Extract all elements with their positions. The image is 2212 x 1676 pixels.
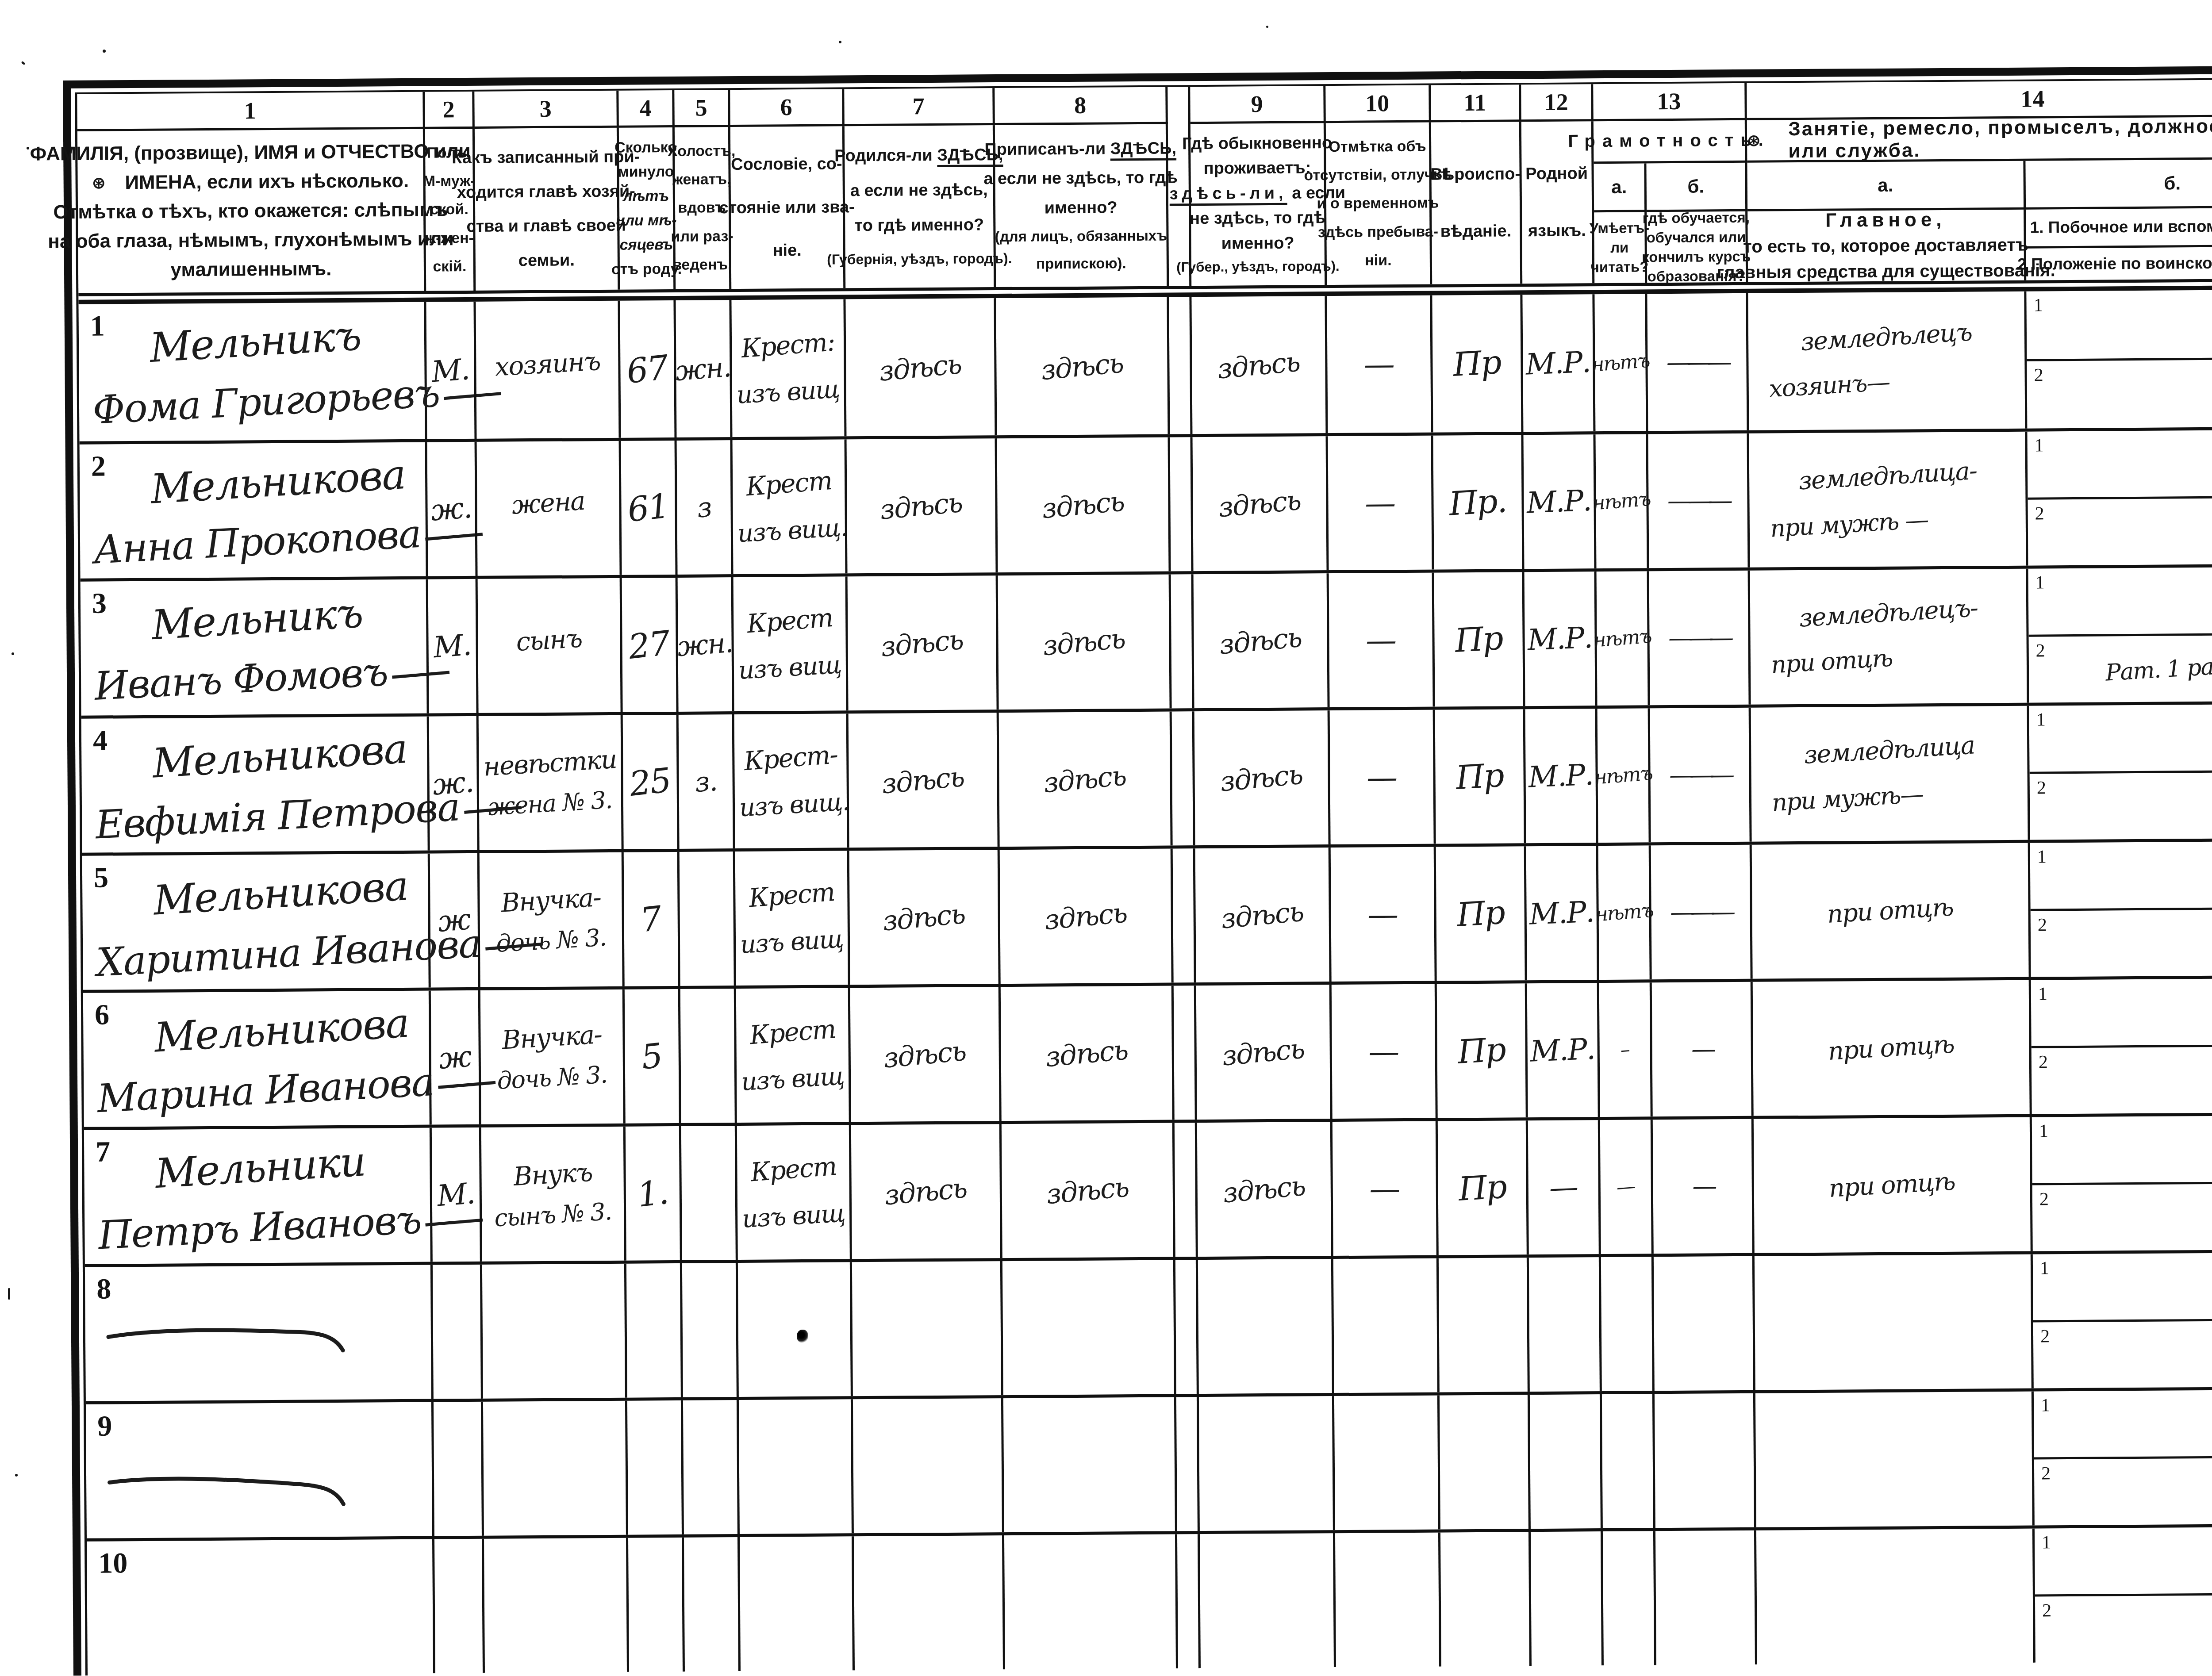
cell-registration: здѣсь (998, 575, 1172, 710)
side-occupation-subcell: 1 (2029, 704, 2212, 774)
cell-relation: невѣстки жена № 3. (479, 715, 624, 850)
col-number-4: 4 (618, 90, 675, 128)
cell-name: 4 Мельникова Евфимія Петрова (81, 717, 430, 853)
cell-native-language: М.Р. (1523, 434, 1596, 569)
table-header: 1 2 3 4 5 6 7 8 9 10 11 12 13 14 ФАМИЛІЯ… (77, 79, 2212, 296)
cell-birthplace: здѣсь (850, 987, 1002, 1122)
cell-side-occupation-military: 1 2 (2035, 1526, 2212, 1540)
cell-main-occupation: земледѣлецъ- при отцѣ (1750, 569, 2029, 705)
surname-entry: Мельникъ (148, 312, 362, 372)
cell-age: 67 (620, 300, 676, 438)
cell-relation: хозяинъ (476, 301, 621, 439)
cell-native-language (1530, 1394, 1603, 1529)
header-faith-column: Вѣроиспо- вѣданіе. (1431, 122, 1522, 284)
census-sheet: 1 2 3 4 5 6 7 8 9 10 11 12 13 14 ФАМИЛІЯ… (63, 65, 2212, 1540)
cell-age: 5 (625, 989, 681, 1124)
cell-marital-status: з. (679, 714, 735, 849)
cell-age (627, 1400, 684, 1535)
cell-marital-status: з (677, 440, 733, 575)
cell-registration (1003, 1397, 1177, 1532)
spacer-cell (1169, 297, 1192, 434)
cell-faith: Пр (1435, 709, 1526, 844)
side-occupation-subcell: 1 (2026, 289, 2212, 361)
header-age-column: Сколько минуло лѣтъ или мѣ- сяцевъ отъ р… (619, 127, 676, 290)
cell-main-occupation (1755, 1392, 2035, 1527)
cell-registration: здѣсь (1002, 1123, 1175, 1258)
surname-entry: Мельникова (152, 862, 409, 924)
cell-side-occupation-military: 1 2 Рат. 1 разр. (2028, 567, 2212, 702)
scan-speck (103, 50, 106, 53)
cell-birthplace (852, 1261, 1003, 1396)
cell-marital-status (684, 1537, 741, 1540)
cell-residence: здѣсь (1193, 436, 1329, 571)
surname-entry: Мельники (154, 1138, 367, 1197)
header-literacy-title: Грамотность. (1594, 120, 1747, 164)
cell-registration: здѣсь (997, 437, 1171, 573)
cell-side-occupation-military: 1 2 (2030, 841, 2212, 977)
table-row: 3 Мельникъ Иванъ Фомовъ М. сынъ 27 жн. К… (81, 564, 2212, 716)
col-number-13: 13 (1593, 83, 1747, 121)
header-occupation-b-label: б. (2025, 159, 2212, 209)
cell-birthplace (854, 1535, 1005, 1540)
cell-marital-status (680, 989, 737, 1123)
cell-main-occupation: при отцѣ (1752, 843, 2031, 979)
cell-literacy-education (1655, 1530, 1757, 1540)
cell-age: 7 (624, 852, 680, 986)
cell-literacy-education (1655, 1393, 1756, 1528)
cell-literacy-read: — (1600, 1120, 1654, 1254)
cell-faith: Пр (1438, 1120, 1529, 1255)
cell-absence: — (1330, 710, 1436, 845)
side-occupation-subcell: 1 (2031, 978, 2212, 1048)
cell-literacy-education: ——— (1648, 433, 1750, 568)
cell-residence: здѣсь (1196, 985, 1333, 1120)
cell-literacy-education: ——— (1651, 845, 1753, 980)
cell-relation (484, 1538, 629, 1540)
cell-side-occupation-military: 1 2 (2033, 1252, 2212, 1388)
cell-literacy-education: ——— (1649, 571, 1751, 706)
cell-residence: здѣсь (1194, 573, 1330, 708)
cell-main-occupation (1755, 1254, 2034, 1390)
cell-age: 1. (626, 1126, 682, 1261)
cell-side-occupation-military: 1 2 (2032, 1115, 2212, 1251)
asterisk-icon: ⊛ (1747, 131, 1762, 150)
col-number-3: 3 (474, 91, 619, 129)
cell-relation (482, 1264, 627, 1399)
cell-name: 5 Мельникова Харитина Иванова (82, 854, 431, 990)
col-number-6: 6 (730, 89, 845, 127)
spacer-cell (1176, 1397, 1200, 1531)
header-occupation-a-label: а. (1747, 161, 2026, 211)
spacer-cell (1170, 437, 1194, 571)
spacer-cell (1171, 574, 1194, 708)
cell-sex (434, 1402, 484, 1536)
header-occupation-title: ⊛ Занятіе, ремесло, промыселъ, должность… (1747, 116, 2212, 163)
cell-sex: М. (426, 302, 476, 439)
cell-literacy-read: нѣтъ (1598, 708, 1651, 843)
cell-birthplace: здѣсь (849, 713, 1000, 848)
scan-speck (15, 1474, 18, 1477)
cell-literacy-read: – (1599, 982, 1653, 1117)
cell-registration: здѣсь (996, 297, 1170, 436)
given-name-entry: Петръ Ивановъ (97, 1193, 484, 1258)
military-status-subcell: 2 (2034, 1457, 2212, 1525)
side-occupation-subcell: 1 (2027, 430, 2212, 499)
surname-entry: Мельникъ (150, 589, 364, 649)
header-literacy-a-text: Умѣетъ- ли читать? (1594, 212, 1647, 283)
cell-registration: здѣсь (1000, 848, 1174, 984)
cell-registration (1004, 1534, 1178, 1540)
cell-estate: Крест: изъ вищ (731, 299, 846, 437)
cell-main-occupation: земледѣлица- при мужѣ — (1749, 432, 2028, 568)
side-occupation-subcell: 1 (2030, 841, 2212, 911)
spacer-cell (1172, 711, 1195, 845)
table-row: 7 Мельники Петръ Ивановъ М. Внукъ сынъ №… (84, 1112, 2212, 1264)
header-occupation-a-text: Главное, то есть то, которое доставляетъ… (1747, 210, 2026, 282)
cell-residence (1200, 1533, 1336, 1540)
cell-relation: Внучка- дочь № 3. (480, 989, 626, 1124)
military-status-subcell: 2 (2027, 359, 2212, 429)
military-status-subcell: 2 (2033, 1320, 2212, 1388)
spacer-cell (1175, 1123, 1198, 1257)
table-row: 8 1 (85, 1249, 2212, 1401)
cell-faith (1440, 1395, 1531, 1529)
cell-faith: Пр (1437, 983, 1528, 1118)
cell-absence: — (1333, 1121, 1439, 1256)
cell-faith (1440, 1532, 1532, 1540)
col-number-11: 11 (1431, 84, 1521, 122)
row-number: 9 (97, 1409, 112, 1443)
table-row: 4 Мельникова Евфимія Петрова ж. невѣстки… (81, 701, 2212, 853)
cell-name: 7 Мельники Петръ Ивановъ (84, 1128, 433, 1264)
cell-registration (1002, 1260, 1176, 1395)
cell-sex: ж. (427, 442, 478, 576)
header-name-column: ФАМИЛІЯ, (прозвище), ИМЯ и ОТЧЕСТВО или … (77, 129, 426, 293)
col-number-12: 12 (1521, 84, 1594, 122)
military-status-subcell: 2 (2032, 1046, 2212, 1114)
cell-literacy-read: нѣтъ (1598, 845, 1652, 980)
cell-relation: сынъ (478, 578, 623, 713)
cell-relation: Внучка- дочь № 3. (480, 852, 625, 987)
military-status-subcell: 2 (2031, 909, 2212, 977)
header-literacy-a-label: а. (1594, 163, 1647, 212)
col-number-7: 7 (844, 88, 995, 126)
cell-main-occupation: земледѣлица при мужѣ— (1751, 706, 2030, 842)
col-number-8: 8 (995, 87, 1168, 126)
cell-absence (1333, 1258, 1440, 1393)
cell-name: 3 Мельникъ Иванъ Фомовъ (81, 579, 429, 716)
cell-name: 9 (86, 1402, 434, 1538)
cell-name: 6 Мельникова Марина Иванова (83, 991, 432, 1127)
cell-native-language: М.Р. (1525, 571, 1598, 706)
col-number-9: 9 (1190, 86, 1326, 124)
cell-sex (433, 1265, 483, 1399)
cell-side-occupation-military: 1 2 (2029, 704, 2212, 840)
military-status-entry: Рат. 1 разр. (2105, 652, 2212, 687)
cell-absence: — (1329, 573, 1435, 708)
cell-birthplace: здѣсь (851, 1124, 1002, 1259)
cell-literacy-read: нѣтъ (1595, 434, 1649, 568)
cell-native-language: М.Р. (1525, 709, 1598, 843)
cell-estate: Крест изъ вищ (737, 1125, 852, 1260)
cell-sex: ж (431, 990, 481, 1125)
row-number: 6 (95, 998, 110, 1032)
header-relation-column: Какъ записанный при- ходится главѣ хозяй… (475, 128, 620, 291)
cell-marital-status (683, 1400, 740, 1534)
cell-marital-status (682, 1263, 739, 1397)
cell-age (628, 1538, 685, 1540)
cell-sex: ж (430, 853, 480, 988)
given-name-entry: Анна Прокопова (92, 508, 484, 573)
table-row: 1 Мельникъ Фома Григорьевъ М. хозяинъ 67… (78, 289, 2212, 441)
header-side-occupation-label: 1. Побочное или вспомогательное. (2026, 207, 2212, 248)
cell-faith: Пр. (1433, 435, 1525, 569)
cell-estate: Крест- изъ вищ. (734, 713, 849, 848)
cell-birthplace: здѣсь (845, 298, 997, 436)
cell-age: 61 (621, 441, 678, 575)
cell-estate: Крест изъ вищ. (733, 439, 848, 574)
spacer-cell (1175, 1260, 1199, 1394)
cell-faith: Пр (1434, 572, 1525, 706)
scan-speck (1266, 26, 1268, 28)
cell-native-language (1531, 1531, 1604, 1540)
spacer-cell (1173, 848, 1196, 982)
cell-birthplace: здѣсь (847, 438, 998, 573)
cell-birthplace: здѣсь (849, 850, 1001, 985)
cell-literacy-read (1603, 1531, 1656, 1540)
surname-entry: Мельникова (153, 999, 410, 1062)
military-status-subcell: 2 (2030, 772, 2212, 840)
cell-main-occupation: земледѣлецъ хозяинъ— (1748, 291, 2027, 430)
given-name-entry: Иванъ Фомовъ (93, 646, 450, 709)
cell-name: 8 (85, 1265, 434, 1401)
crossout-flourish (106, 1318, 389, 1360)
cell-marital-status: жн. (676, 300, 732, 437)
cell-side-occupation-military: 1 2 (2026, 289, 2212, 428)
table-row: 5 Мельникова Харитина Иванова ж Внучка- … (82, 838, 2212, 990)
cell-absence (1334, 1396, 1440, 1530)
cell-birthplace (853, 1398, 1004, 1533)
cell-marital-status: жн. (678, 577, 734, 712)
scan-speck (12, 652, 14, 655)
cell-absence (1335, 1533, 1441, 1540)
cell-absence: — (1331, 847, 1437, 982)
col-number-10: 10 (1325, 85, 1431, 123)
cell-native-language: М.Р. (1526, 846, 1599, 980)
cell-age: 25 (623, 715, 680, 849)
cell-literacy-education: — (1653, 1119, 1755, 1254)
table-rows: 1 Мельникъ Фома Григорьевъ М. хозяинъ 67… (78, 285, 2212, 1540)
crossout-flourish (106, 1465, 390, 1513)
cell-registration: здѣсь (999, 711, 1173, 847)
cell-main-occupation: при отцѣ (1754, 1117, 2033, 1253)
side-occupation-subcell: 1 (2035, 1526, 2212, 1540)
row-number: 1 (90, 309, 105, 343)
cell-relation (483, 1401, 628, 1536)
military-status-subcell: 2 (2028, 498, 2212, 565)
cell-relation: Внукъ сынъ № 3. (481, 1127, 626, 1262)
scan-speck (27, 147, 29, 150)
cell-literacy-read (1601, 1257, 1655, 1391)
cell-residence (1198, 1259, 1334, 1394)
cell-estate: Крест изъ вищ (733, 576, 849, 711)
cell-literacy-education: ——— (1647, 293, 1749, 431)
cell-estate (740, 1536, 855, 1540)
row-number: 3 (92, 587, 107, 620)
table-row: 9 1 (86, 1386, 2212, 1538)
cell-registration: здѣсь (1001, 986, 1175, 1121)
cell-literacy-read (1602, 1394, 1655, 1528)
cell-literacy-education: — (1652, 982, 1754, 1117)
cell-estate (738, 1262, 853, 1397)
cell-literacy-read: нѣтъ (1594, 294, 1648, 431)
cell-side-occupation-military: 1 2 (2027, 430, 2212, 565)
cell-sex: ж. (429, 716, 480, 851)
cell-estate: Крест изъ вищ (735, 851, 850, 986)
col-number-5: 5 (674, 90, 730, 127)
col-number-1: 1 (77, 92, 425, 131)
cell-absence: — (1328, 436, 1434, 571)
census-table: 1 2 3 4 5 6 7 8 9 10 11 12 13 14 ФАМИЛІЯ… (75, 77, 2212, 1540)
cell-faith: Пр (1436, 846, 1527, 981)
cell-residence (1199, 1396, 1335, 1531)
military-status-subcell: 2 Рат. 1 разр. (2029, 635, 2212, 702)
cell-absence: — (1332, 984, 1438, 1119)
row-number: 2 (91, 449, 106, 483)
cell-relation: жена (477, 441, 622, 576)
cell-literacy-education (1654, 1256, 1755, 1391)
cell-side-occupation-military: 1 2 (2031, 978, 2212, 1114)
header-literacy-b-label: б. (1646, 163, 1747, 212)
cell-absence: — (1327, 295, 1433, 433)
row-number: 4 (93, 724, 108, 757)
cell-native-language: М.Р. (1527, 983, 1600, 1117)
cell-native-language: М.Р. (1522, 294, 1595, 432)
cell-age: 27 (622, 578, 679, 712)
cell-faith (1439, 1258, 1530, 1392)
cell-marital-status (680, 851, 736, 986)
header-absence-column: Отмѣтка объ отсутствіи, отлучкѣ и о врем… (1326, 123, 1432, 285)
header-birthplace-column: Родился-ли ЗДѢСЬ, а если не здѣсь, то гд… (845, 125, 996, 288)
cell-birthplace: здѣсь (848, 575, 999, 710)
side-occupation-subcell: 1 (2028, 567, 2212, 637)
cell-native-language: — (1528, 1120, 1601, 1254)
col-number-14: 14 (1747, 79, 2212, 120)
cell-residence: здѣсь (1197, 1122, 1333, 1257)
cell-estate: Крест изъ вищ (736, 988, 851, 1123)
header-occupation-b-text: 1. Побочное или вспомогательное. 2 Полож… (2026, 207, 2212, 280)
military-status-subcell: 2 (2032, 1183, 2212, 1251)
table-row: 6 Мельникова Марина Иванова ж Внучка- до… (83, 975, 2212, 1127)
table-row: 2 Мельникова Анна Прокопова ж. жена 61 з… (80, 426, 2212, 579)
side-occupation-subcell: 1 (2033, 1252, 2212, 1322)
spacer-cell (1177, 1534, 1201, 1540)
cell-main-occupation: при отцѣ (1753, 980, 2032, 1116)
cell-name: 2 Мельникова Анна Прокопова (80, 442, 428, 579)
cell-sex: М. (432, 1128, 482, 1262)
asterisk-icon: ⊛ (92, 173, 105, 192)
side-occupation-subcell: 1 (2034, 1389, 2212, 1459)
cell-sex: М. (428, 579, 479, 713)
cell-side-occupation-military: 1 2 (2034, 1389, 2212, 1525)
scan-speck (21, 61, 25, 65)
header-military-label: 2 Положеніе по воинской повинности. (2026, 246, 2212, 280)
side-occupation-subcell: 1 (2032, 1115, 2212, 1185)
header-residence-column: Гдѣ обыкновенно проживаетъ: здѣсь-ли, а … (1190, 123, 1327, 286)
cell-main-occupation (1756, 1529, 2035, 1540)
cell-residence: здѣсь (1194, 710, 1331, 845)
surname-entry: Мельникова (151, 725, 408, 787)
cell-residence: здѣсь (1195, 848, 1332, 982)
scan-speck (839, 41, 841, 43)
cell-name: 1 Мельникъ Фома Григорьевъ (78, 302, 427, 441)
col-number-2: 2 (425, 92, 475, 129)
cell-age (626, 1263, 683, 1398)
cell-literacy-education: ——— (1650, 708, 1752, 843)
scan-speck (8, 1288, 10, 1300)
spacer-cell (1174, 986, 1197, 1120)
header-registration-column: Приписанъ-ли ЗДѢСЬ, а если не здѣсь, то … (995, 124, 1169, 288)
cell-literacy-read: нѣтъ (1597, 571, 1650, 706)
row-number: 5 (94, 861, 109, 894)
cell-estate (739, 1399, 854, 1534)
cell-native-language (1529, 1257, 1602, 1392)
cell-residence: здѣсь (1191, 296, 1328, 434)
row-number: 8 (96, 1272, 111, 1306)
cell-marital-status (681, 1126, 738, 1260)
row-number: 7 (96, 1135, 111, 1169)
surname-entry: Мельникова (149, 451, 406, 513)
cell-faith: Пр (1432, 295, 1523, 432)
